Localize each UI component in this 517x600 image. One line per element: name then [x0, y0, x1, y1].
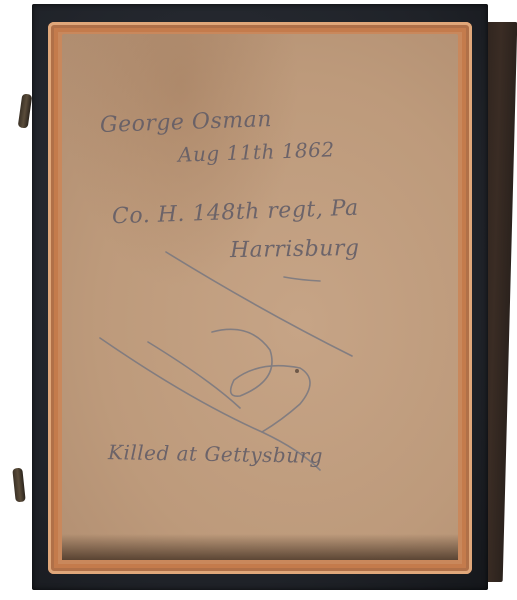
inscription-fate: Killed at Gettysburg	[108, 440, 323, 468]
inscription-place: Harrisburg	[230, 236, 360, 263]
pencil-marks	[0, 0, 517, 600]
